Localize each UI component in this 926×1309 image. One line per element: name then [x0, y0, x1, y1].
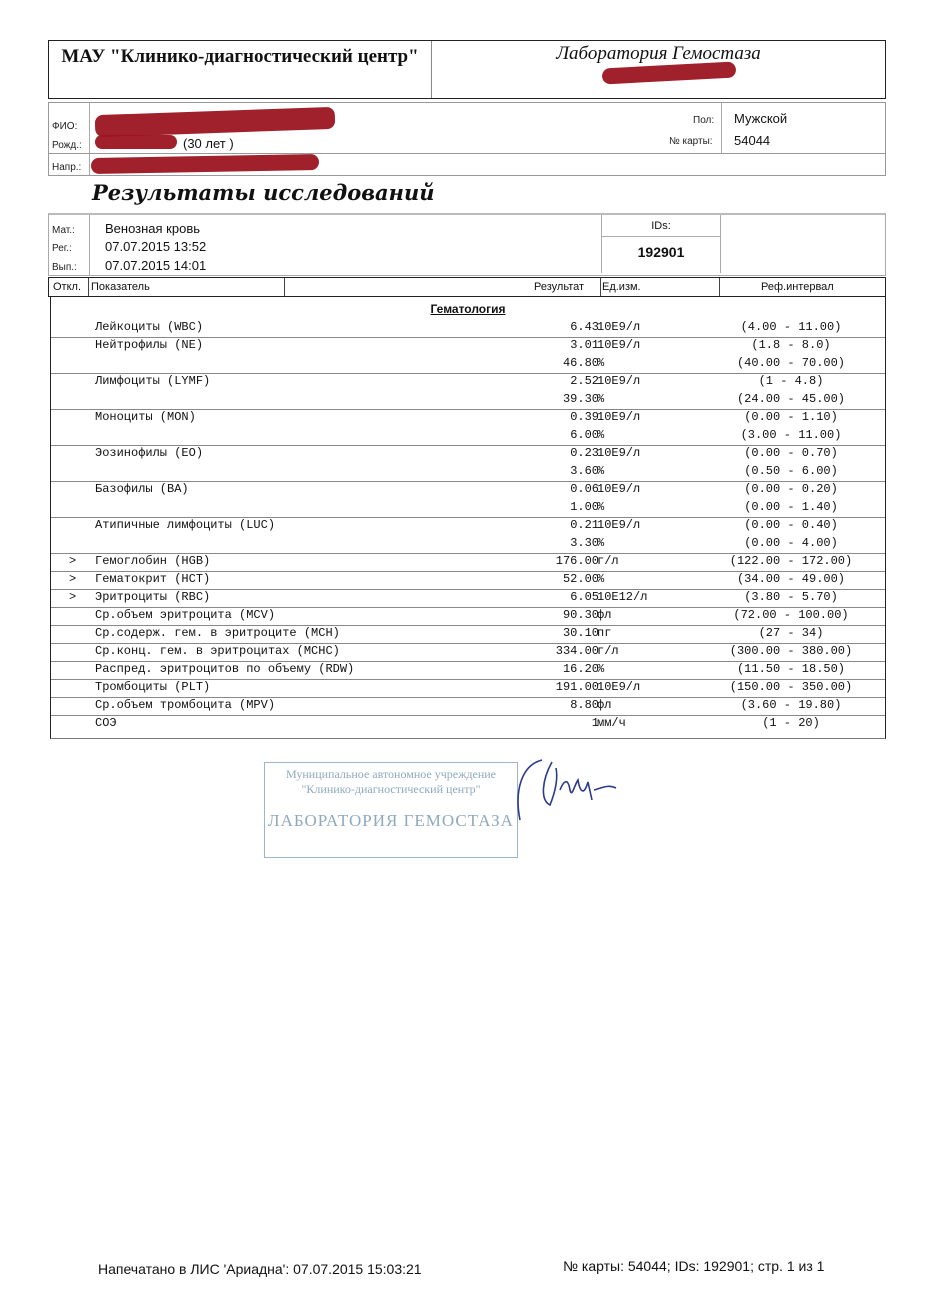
reference-interval: (0.00 - 0.20): [711, 482, 871, 496]
sex-label: Пол:: [693, 115, 714, 126]
result-line: Ср.конц. гем. в эритроцитах (MCHC)334.00…: [51, 644, 885, 662]
result-unit: %: [597, 500, 604, 514]
reference-interval: (0.00 - 0.70): [711, 446, 871, 460]
card-number: 54044: [734, 133, 770, 148]
reference-interval: (0.00 - 1.10): [711, 410, 871, 424]
result-line: 6.00%(3.00 - 11.00): [51, 428, 885, 446]
reference-interval: (3.00 - 11.00): [711, 428, 871, 442]
printed-info: Напечатано в ЛИС 'Ариадна': 07.07.2015 1…: [98, 1261, 422, 1277]
deviation-flag: >: [69, 572, 76, 586]
result-value: 0.06: [570, 482, 599, 496]
result-value: 46.80: [563, 356, 599, 370]
result-value: 30.10: [563, 626, 599, 640]
stamp-line-1: Муниципальное автономное учреждение: [265, 767, 517, 782]
parameter-name: Ср.объем эритроцита (MCV): [95, 608, 275, 622]
result-value: 0.23: [570, 446, 599, 460]
result-unit: 10E9/л: [597, 410, 640, 424]
reference-interval: (34.00 - 49.00): [711, 572, 871, 586]
parameter-name: Лейкоциты (WBC): [95, 320, 203, 334]
result-unit: %: [597, 536, 604, 550]
laboratory-block: Лаборатория Гемостаза: [432, 41, 885, 98]
result-line: Базофилы (BA)0.0610E9/л(0.00 - 0.20): [51, 482, 885, 500]
parameter-name: Лимфоциты (LYMF): [95, 374, 210, 388]
parameter-name: Распред. эритроцитов по объему (RDW): [95, 662, 354, 676]
result-value: 52.00: [563, 572, 599, 586]
parameter-name: Эритроциты (RBC): [95, 590, 210, 604]
document-header: МАУ "Клинико-диагностический центр" Лабо…: [48, 40, 886, 99]
result-line: >Гемоглобин (HGB)176.00г/л(122.00 - 172.…: [51, 554, 885, 572]
result-unit: 10E12/л: [597, 590, 647, 604]
parameter-name: Ср.объем тромбоцита (MPV): [95, 698, 275, 712]
referral-label: Напр.:: [52, 162, 81, 173]
result-unit: %: [597, 464, 604, 478]
ids-box: IDs: 192901: [601, 215, 721, 273]
organization-name: МАУ "Клинико-диагностический центр": [49, 41, 432, 98]
patient-info: ФИО: Рожд.: (30 лет ) Пол: Мужской № кар…: [48, 102, 886, 176]
ids-value: 192901: [602, 244, 720, 260]
reference-interval: (4.00 - 11.00): [711, 320, 871, 334]
result-value: 334.00: [556, 644, 599, 658]
registered-label: Рег.:: [52, 243, 72, 254]
sample-info: Мат.: Венозная кровь Рег.: 07.07.2015 13…: [48, 213, 886, 276]
result-line: Ср.объем эритроцита (MCV)90.30фл(72.00 -…: [51, 608, 885, 626]
result-unit: %: [597, 392, 604, 406]
result-unit: фл: [597, 698, 611, 712]
result-line: Распред. эритроцитов по объему (RDW)16.2…: [51, 662, 885, 680]
result-line: 1.00%(0.00 - 1.40): [51, 500, 885, 518]
result-value: 0.39: [570, 410, 599, 424]
result-unit: 10E9/л: [597, 320, 640, 334]
result-value: 90.30: [563, 608, 599, 622]
result-value: 3.30: [570, 536, 599, 550]
result-value: 3.60: [570, 464, 599, 478]
result-unit: 10E9/л: [597, 338, 640, 352]
result-line: Моноциты (MON)0.3910E9/л(0.00 - 1.10): [51, 410, 885, 428]
patient-sex: Мужской: [734, 111, 787, 126]
result-line: >Гематокрит (HCT)52.00%(34.00 - 49.00): [51, 572, 885, 590]
result-line: Атипичные лимфоциты (LUC)0.2110E9/л(0.00…: [51, 518, 885, 536]
result-value: 8.80: [570, 698, 599, 712]
completed-value: 07.07.2015 14:01: [105, 258, 206, 273]
result-line: Тромбоциты (PLT)191.0010E9/л(150.00 - 35…: [51, 680, 885, 698]
result-value: 2.52: [570, 374, 599, 388]
card-label: № карты:: [669, 136, 713, 147]
parameter-name: Нейтрофилы (NE): [95, 338, 203, 352]
reference-interval: (1.8 - 8.0): [711, 338, 871, 352]
result-line: >Эритроциты (RBC)6.0510E12/л(3.80 - 5.70…: [51, 590, 885, 608]
result-line: Нейтрофилы (NE)3.0110E9/л(1.8 - 8.0): [51, 338, 885, 356]
reference-interval: (0.00 - 4.00): [711, 536, 871, 550]
reference-interval: (3.60 - 19.80): [711, 698, 871, 712]
col-deviation: Откл.: [53, 281, 81, 293]
result-value: 39.30: [563, 392, 599, 406]
col-parameter: Показатель: [91, 281, 150, 293]
result-value: 176.00: [556, 554, 599, 568]
lab-stamp: Муниципальное автономное учреждение "Кли…: [264, 762, 518, 858]
result-unit: фл: [597, 608, 611, 622]
parameter-name: Ср.содерж. гем. в эритроците (MCH): [95, 626, 340, 640]
stamp-line-3: ЛАБОРАТОРИЯ ГЕМОСТАЗА: [265, 811, 517, 831]
reference-interval: (1 - 20): [711, 716, 871, 730]
result-unit: %: [597, 356, 604, 370]
reference-interval: (3.80 - 5.70): [711, 590, 871, 604]
result-value: 3.01: [570, 338, 599, 352]
result-unit: г/л: [597, 644, 619, 658]
parameter-name: Гемоглобин (HGB): [95, 554, 210, 568]
deviation-flag: >: [69, 590, 76, 604]
parameter-name: Атипичные лимфоциты (LUC): [95, 518, 275, 532]
result-value: 6.43: [570, 320, 599, 334]
result-line: Лимфоциты (LYMF)2.5210E9/л(1 - 4.8): [51, 374, 885, 392]
page-title: Результаты исследований: [92, 180, 435, 205]
result-value: 0.21: [570, 518, 599, 532]
registered-value: 07.07.2015 13:52: [105, 239, 206, 254]
signature-icon: [512, 750, 632, 830]
result-line: Ср.содерж. гем. в эритроците (MCH)30.10п…: [51, 626, 885, 644]
result-unit: г/л: [597, 554, 619, 568]
result-unit: мм/ч: [597, 716, 626, 730]
reference-interval: (27 - 34): [711, 626, 871, 640]
parameter-name: Ср.конц. гем. в эритроцитах (MCHC): [95, 644, 340, 658]
reference-interval: (0.50 - 6.00): [711, 464, 871, 478]
col-unit: Ед.изм.: [602, 281, 641, 293]
result-unit: %: [597, 662, 604, 676]
redaction-mark: [95, 107, 336, 137]
result-value: 16.20: [563, 662, 599, 676]
results-table-header: Откл. Показатель Результат Ед.изм. Реф.и…: [48, 277, 886, 297]
page-info: № карты: 54044; IDs: 192901; стр. 1 из 1: [563, 1258, 824, 1274]
reference-interval: (1 - 4.8): [711, 374, 871, 388]
result-unit: 10E9/л: [597, 446, 640, 460]
result-value: 1.00: [570, 500, 599, 514]
result-line: 39.30%(24.00 - 45.00): [51, 392, 885, 410]
col-result: Результат: [534, 281, 584, 293]
reference-interval: (11.50 - 18.50): [711, 662, 871, 676]
material-label: Мат.:: [52, 225, 75, 236]
reference-interval: (150.00 - 350.00): [711, 680, 871, 694]
reference-interval: (300.00 - 380.00): [711, 644, 871, 658]
patient-age: (30 лет ): [183, 136, 234, 151]
result-unit: пг: [597, 626, 611, 640]
reference-interval: (0.00 - 1.40): [711, 500, 871, 514]
result-unit: 10E9/л: [597, 680, 640, 694]
ids-label: IDs:: [602, 220, 720, 232]
result-unit: %: [597, 572, 604, 586]
result-unit: 10E9/л: [597, 518, 640, 532]
reference-interval: (40.00 - 70.00): [711, 356, 871, 370]
redaction-mark: [95, 135, 177, 149]
results-table: Гематология Лейкоциты (WBC)6.4310E9/л(4.…: [50, 296, 886, 739]
result-value: 6.00: [570, 428, 599, 442]
result-unit: 10E9/л: [597, 482, 640, 496]
reference-interval: (122.00 - 172.00): [711, 554, 871, 568]
birth-label: Рожд.:: [52, 140, 82, 151]
reference-interval: (0.00 - 0.40): [711, 518, 871, 532]
result-line: 46.80%(40.00 - 70.00): [51, 356, 885, 374]
deviation-flag: >: [69, 554, 76, 568]
laboratory-name: Лаборатория Гемостаза: [432, 43, 885, 65]
parameter-name: Базофилы (BA): [95, 482, 189, 496]
reference-interval: (24.00 - 45.00): [711, 392, 871, 406]
parameter-name: Эозинофилы (EO): [95, 446, 203, 460]
result-line: Ср.объем тромбоцита (MPV)8.80фл(3.60 - 1…: [51, 698, 885, 716]
fio-label: ФИО:: [52, 121, 77, 132]
redaction-mark: [91, 154, 319, 174]
result-line: Лейкоциты (WBC)6.4310E9/л(4.00 - 11.00): [51, 320, 885, 338]
parameter-name: Тромбоциты (PLT): [95, 680, 210, 694]
result-line: Эозинофилы (EO)0.2310E9/л(0.00 - 0.70): [51, 446, 885, 464]
parameter-name: Моноциты (MON): [95, 410, 196, 424]
section-title: Гематология: [51, 302, 885, 316]
result-line: 3.60%(0.50 - 6.00): [51, 464, 885, 482]
result-value: 6.05: [570, 590, 599, 604]
col-reference: Реф.интервал: [761, 281, 834, 293]
result-line: 3.30%(0.00 - 4.00): [51, 536, 885, 554]
result-unit: 10E9/л: [597, 374, 640, 388]
parameter-name: СОЭ: [95, 716, 117, 730]
result-unit: %: [597, 428, 604, 442]
parameter-name: Гематокрит (HCT): [95, 572, 210, 586]
result-line: СОЭ1мм/ч(1 - 20): [51, 716, 885, 734]
result-value: 191.00: [556, 680, 599, 694]
reference-interval: (72.00 - 100.00): [711, 608, 871, 622]
stamp-line-2: "Клинико-диагностический центр": [265, 782, 517, 797]
completed-label: Вып.:: [52, 262, 77, 273]
material-value: Венозная кровь: [105, 221, 200, 236]
